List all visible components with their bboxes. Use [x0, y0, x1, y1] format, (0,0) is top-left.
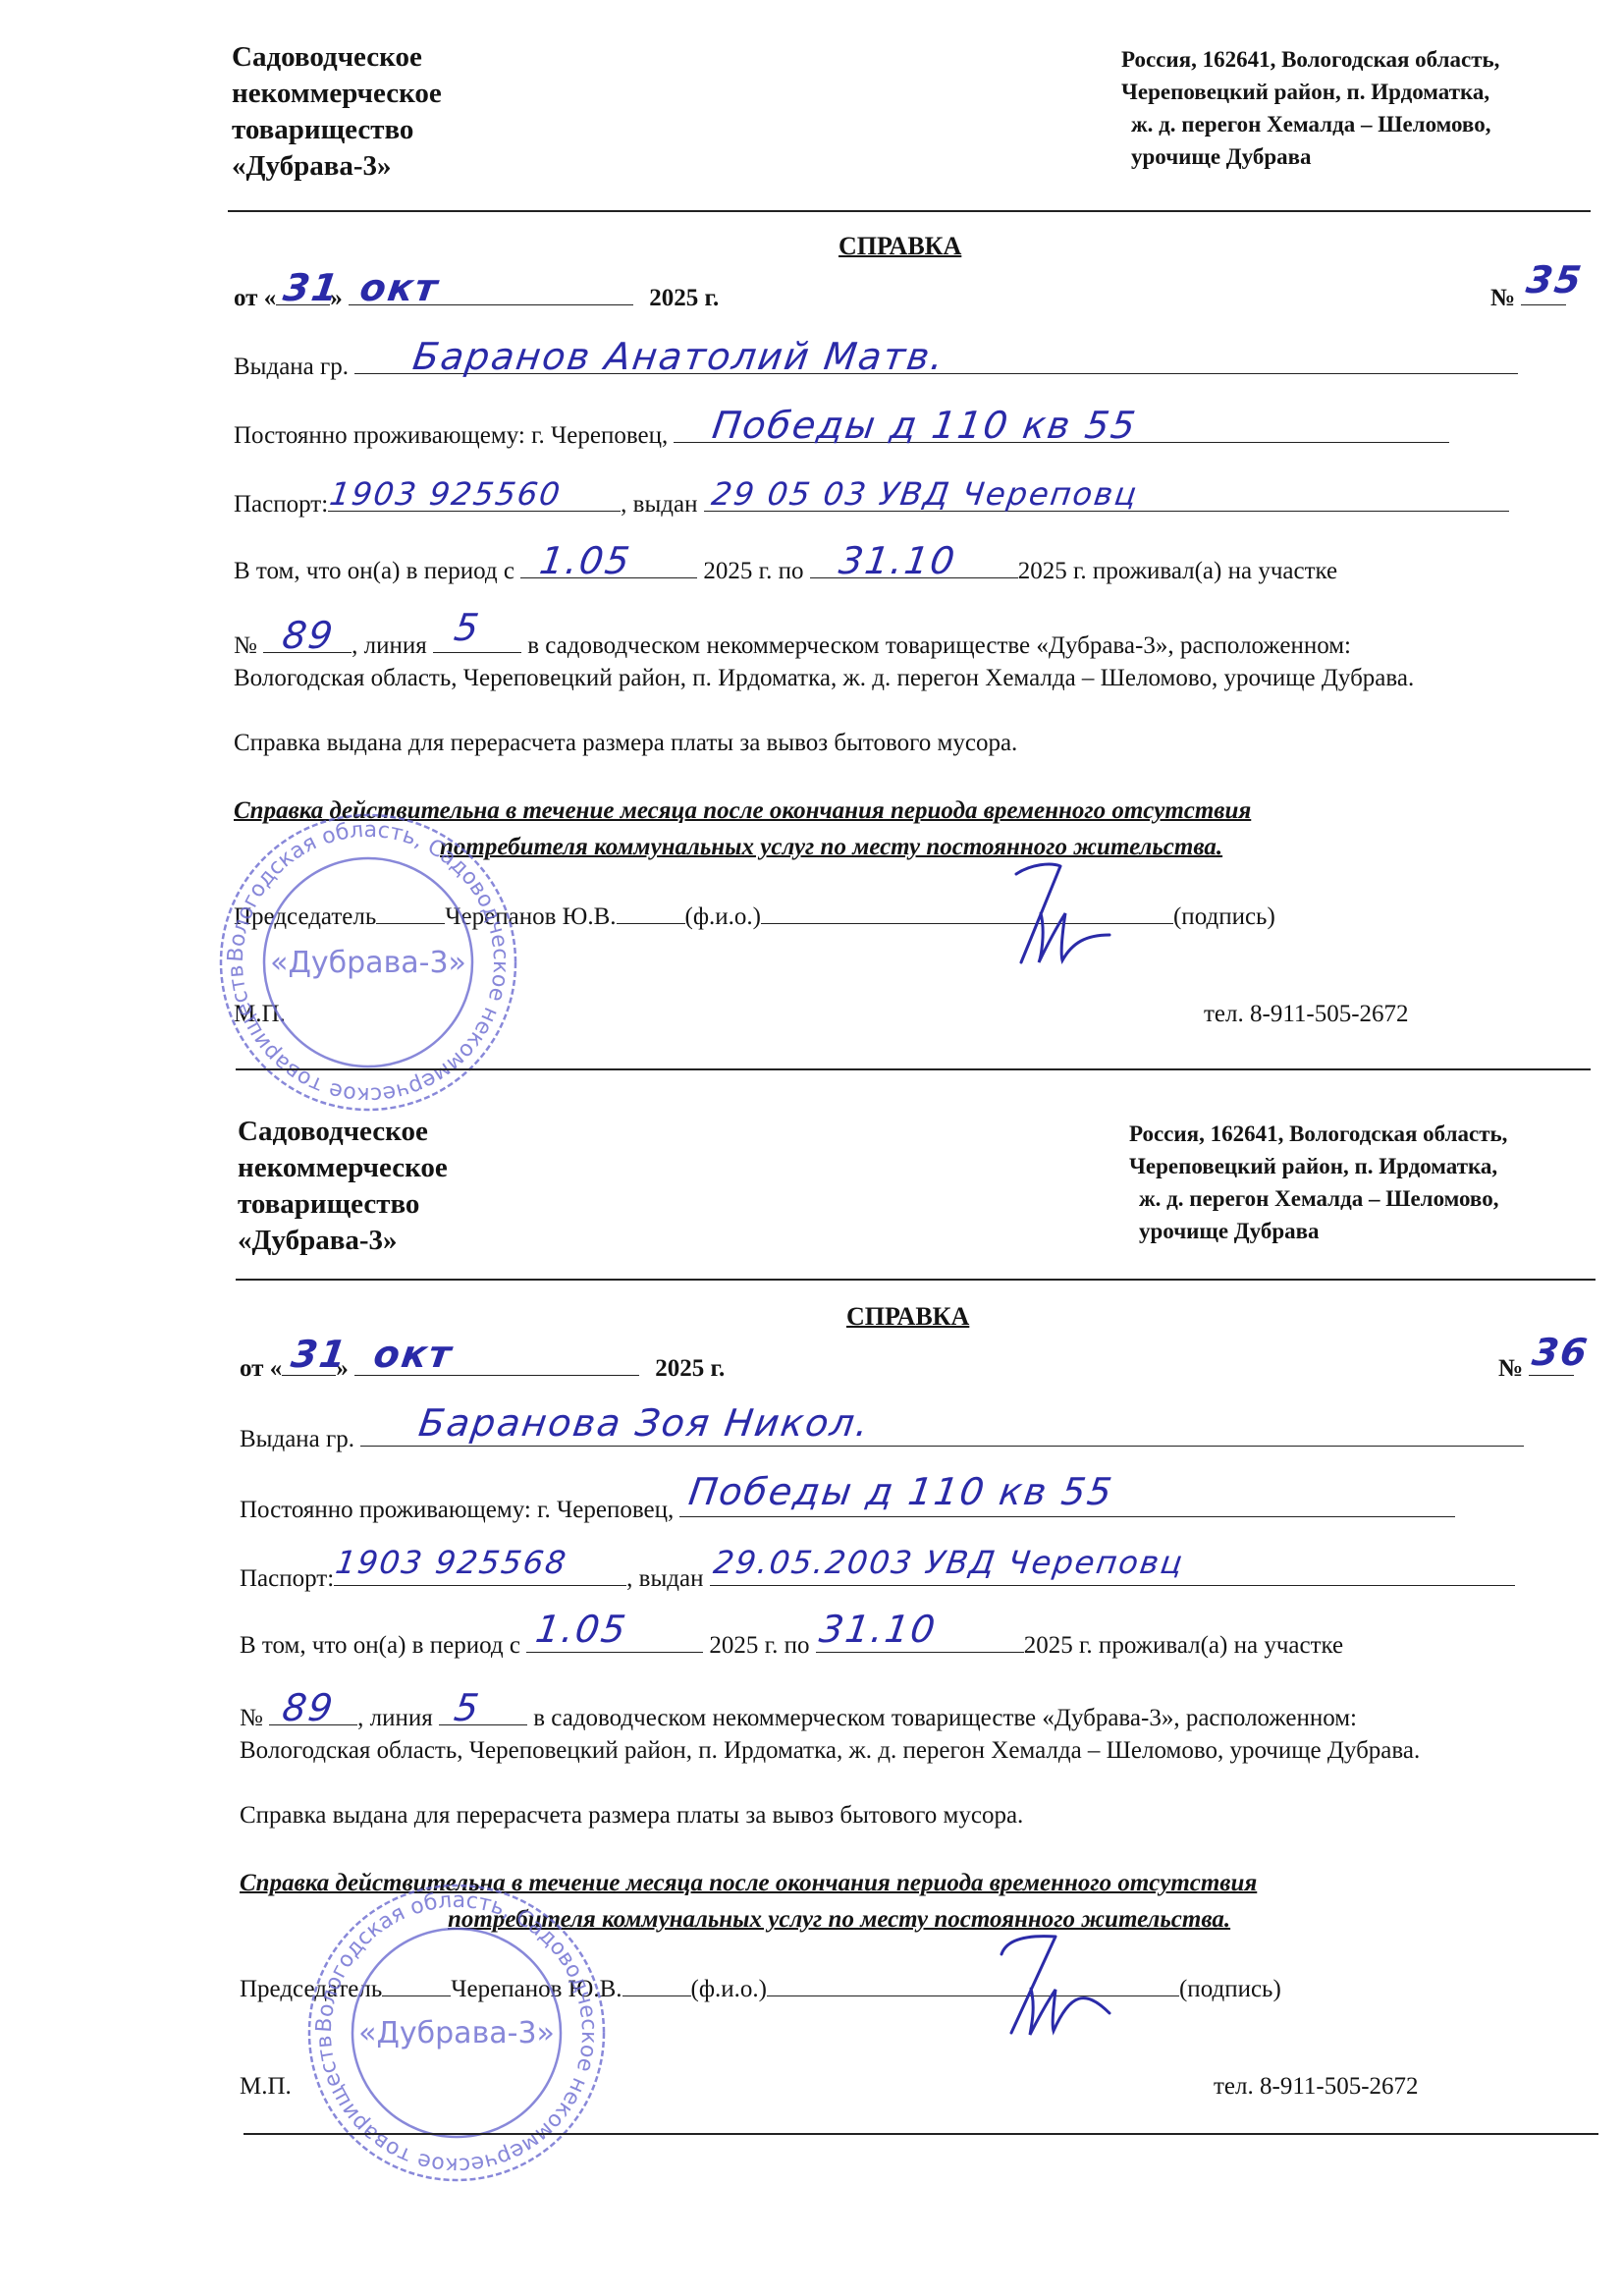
- residence-value: Победы д 110 кв 55: [687, 1477, 1115, 1506]
- period-to-value: 31.10: [818, 1614, 939, 1644]
- phone: тел. 8-911-505-2672: [1204, 1000, 1409, 1029]
- date-prefix: от «: [240, 1355, 282, 1382]
- residence-label: Постоянно проживающему: г. Череповец,: [240, 1497, 674, 1523]
- certificate-title: СПРАВКА: [839, 232, 961, 261]
- number-label: №: [1498, 1355, 1523, 1382]
- period-from-value: 1.05: [534, 1614, 629, 1644]
- line-field: 5: [439, 1703, 527, 1725]
- plot-field: 89: [263, 630, 352, 653]
- passport-row: Паспорт:1903 925560, выдан 29 05 03 УВД …: [234, 489, 1509, 519]
- signature-icon: [987, 1925, 1124, 2043]
- period-from-field: 1.05: [526, 1630, 703, 1653]
- date-day-field: 31: [282, 1353, 336, 1376]
- plot-row: № 89, линия 5 в садоводческом некоммерче…: [240, 1703, 1357, 1733]
- address-line: урочище Дубрава: [1129, 1215, 1507, 1247]
- number-value: 35: [1525, 265, 1585, 295]
- certificate-divider: [236, 1068, 1591, 1070]
- signature-icon: [992, 845, 1119, 972]
- number-row: № 36: [1498, 1353, 1574, 1384]
- svg-text:«Дубрава-3»: «Дубрава-3»: [270, 946, 466, 980]
- issued-by-value: 29.05.2003 УВД Череповц: [712, 1548, 1186, 1577]
- org-line: некоммерческое: [238, 1150, 448, 1186]
- location-text: в садоводческом некоммерческом товарищес…: [533, 1705, 1357, 1731]
- purpose-text: Справка выдана для перерасчета размера п…: [240, 1801, 1023, 1831]
- period-row: В том, что он(а) в период с 1.05 2025 г.…: [240, 1630, 1343, 1661]
- org-address: Россия, 162641, Вологодская область, Чер…: [1129, 1118, 1507, 1247]
- date-day-value: 31: [290, 1339, 350, 1369]
- date-year: 2025 г.: [649, 285, 719, 311]
- passport-label: Паспорт:: [240, 1565, 334, 1592]
- number-value: 36: [1531, 1338, 1591, 1367]
- line-value: 5: [453, 1693, 482, 1722]
- issued-by-value: 29 05 03 УВД Череповц: [710, 479, 1140, 509]
- org-line: товарищество: [238, 1186, 448, 1223]
- purpose-text: Справка выдана для перерасчета размера п…: [234, 729, 1017, 758]
- period-to-field: 31.10: [816, 1630, 1024, 1653]
- org-name: Садоводческое некоммерческое товариществ…: [232, 39, 442, 185]
- seal-label: М.П.: [240, 2072, 292, 2102]
- plot-field: 89: [269, 1703, 357, 1725]
- line-label: , линия: [352, 632, 427, 659]
- header-divider: [228, 210, 1591, 212]
- passport-field: 1903 925568: [334, 1563, 626, 1586]
- residence-field: Победы д 110 кв 55: [679, 1495, 1455, 1517]
- location-continued: Вологодская область, Череповецкий район,…: [234, 663, 1608, 693]
- number-row: № 35: [1490, 283, 1566, 313]
- number-field: 36: [1529, 1353, 1574, 1376]
- passport-label: Паспорт:: [234, 491, 328, 518]
- certificate-title: СПРАВКА: [846, 1302, 969, 1332]
- date-year: 2025 г.: [655, 1355, 725, 1382]
- period-to-value: 31.10: [838, 546, 958, 575]
- issued-by-field: 29 05 03 УВД Череповц: [704, 489, 1509, 512]
- plot-label: №: [240, 1705, 263, 1731]
- period-mid: 2025 г. по: [709, 1632, 809, 1659]
- org-name: Садоводческое некоммерческое товариществ…: [238, 1114, 448, 1259]
- issued-to-row: Выдана гр. Баранова Зоя Никол.: [240, 1424, 1524, 1454]
- period-suffix: 2025 г. проживал(а) на участке: [1024, 1632, 1343, 1659]
- org-line: «Дубрава-3»: [238, 1223, 448, 1259]
- plot-label: №: [234, 632, 257, 659]
- plot-value: 89: [281, 1693, 337, 1722]
- date-month-value: окт: [358, 273, 441, 302]
- period-to-field: 31.10: [810, 556, 1018, 578]
- issued-to-label: Выдана гр.: [240, 1426, 354, 1452]
- date-prefix: от «: [234, 285, 276, 311]
- period-suffix: 2025 г. проживал(а) на участке: [1018, 558, 1337, 584]
- residence-field: Победы д 110 кв 55: [674, 420, 1449, 443]
- issued-to-row: Выдана гр. Баранов Анатолий Матв.: [234, 352, 1518, 382]
- residence-label: Постоянно проживающему: г. Череповец,: [234, 422, 668, 449]
- date-day-value: 31: [282, 273, 342, 302]
- passport-value: 1903 925568: [334, 1548, 569, 1577]
- org-line: некоммерческое: [232, 76, 442, 112]
- plot-row: № 89, линия 5 в садоводческом некоммерче…: [234, 630, 1351, 661]
- header-divider: [236, 1279, 1596, 1281]
- org-line: товарищество: [232, 112, 442, 148]
- passport-field: 1903 925560: [328, 489, 621, 512]
- passport-value: 1903 925560: [328, 479, 564, 509]
- period-from-value: 1.05: [538, 546, 633, 575]
- phone: тел. 8-911-505-2672: [1214, 2072, 1419, 2102]
- address-line: Череповецкий район, п. Ирдоматка,: [1129, 1150, 1507, 1182]
- plot-value: 89: [281, 621, 337, 650]
- location-text: в садоводческом некоммерческом товарищес…: [527, 632, 1351, 659]
- line-field: 5: [433, 630, 521, 653]
- date-row: от «31» окт 2025 г.: [234, 283, 719, 313]
- line-value: 5: [453, 613, 482, 642]
- issued-to-label: Выдана гр.: [234, 354, 349, 380]
- residence-value: Победы д 110 кв 55: [711, 410, 1139, 440]
- address-line: урочище Дубрава: [1121, 140, 1499, 173]
- org-line: Садоводческое: [238, 1114, 448, 1150]
- issued-to-field: Баранова Зоя Никол.: [360, 1424, 1524, 1447]
- address-line: Череповецкий район, п. Ирдоматка,: [1121, 76, 1499, 108]
- period-prefix: В том, что он(а) в период с: [240, 1632, 520, 1659]
- residence-row: Постоянно проживающему: г. Череповец, По…: [240, 1495, 1455, 1525]
- issued-by-label: , выдан: [621, 491, 697, 518]
- address-line: Россия, 162641, Вологодская область,: [1129, 1118, 1507, 1150]
- address-line: ж. д. перегон Хемалда – Шеломово,: [1129, 1182, 1507, 1215]
- period-mid: 2025 г. по: [703, 558, 803, 584]
- residence-row: Постоянно проживающему: г. Череповец, По…: [234, 420, 1449, 451]
- issued-to-field: Баранов Анатолий Матв.: [354, 352, 1518, 374]
- number-field: 35: [1521, 283, 1566, 305]
- period-prefix: В том, что он(а) в период с: [234, 558, 514, 584]
- issued-by-label: , выдан: [626, 1565, 703, 1592]
- period-row: В том, что он(а) в период с 1.05 2025 г.…: [234, 556, 1337, 586]
- line-label: , линия: [357, 1705, 433, 1731]
- passport-row: Паспорт:1903 925568, выдан 29.05.2003 УВ…: [240, 1563, 1515, 1594]
- stamp-icon: Вологодская область, Садоводческое неком…: [211, 805, 525, 1120]
- fio-label: (ф.и.о.): [685, 903, 761, 930]
- issued-to-value: Баранова Зоя Никол.: [417, 1408, 872, 1438]
- location-continued: Вологодская область, Череповецкий район,…: [240, 1735, 1614, 1766]
- signature-label: (подпись): [1179, 1976, 1281, 2002]
- address-line: ж. д. перегон Хемалда – Шеломово,: [1121, 108, 1499, 140]
- date-month-field: окт: [354, 1353, 639, 1376]
- issued-to-value: Баранов Анатолий Матв.: [411, 342, 947, 371]
- fio-label: (ф.и.о.): [691, 1976, 767, 2002]
- fio-blank: [622, 1974, 691, 1996]
- address-line: Россия, 162641, Вологодская область,: [1121, 43, 1499, 76]
- fio-blank: [617, 902, 685, 924]
- org-address: Россия, 162641, Вологодская область, Чер…: [1121, 43, 1499, 173]
- signature-label: (подпись): [1173, 903, 1275, 930]
- certificate-divider: [243, 2133, 1598, 2135]
- date-day-field: 31: [276, 283, 330, 305]
- stamp-icon: Вологодская область, Садоводческое неком…: [299, 1876, 614, 2190]
- number-label: №: [1490, 285, 1515, 311]
- org-line: «Дубрава-3»: [232, 148, 442, 185]
- date-month-field: окт: [349, 283, 633, 305]
- issued-by-field: 29.05.2003 УВД Череповц: [710, 1563, 1515, 1586]
- period-from-field: 1.05: [520, 556, 697, 578]
- svg-text:«Дубрава-3»: «Дубрава-3»: [358, 2016, 555, 2050]
- org-line: Садоводческое: [232, 39, 442, 76]
- date-row: от «31» окт 2025 г.: [240, 1353, 725, 1384]
- date-month-value: окт: [372, 1339, 455, 1369]
